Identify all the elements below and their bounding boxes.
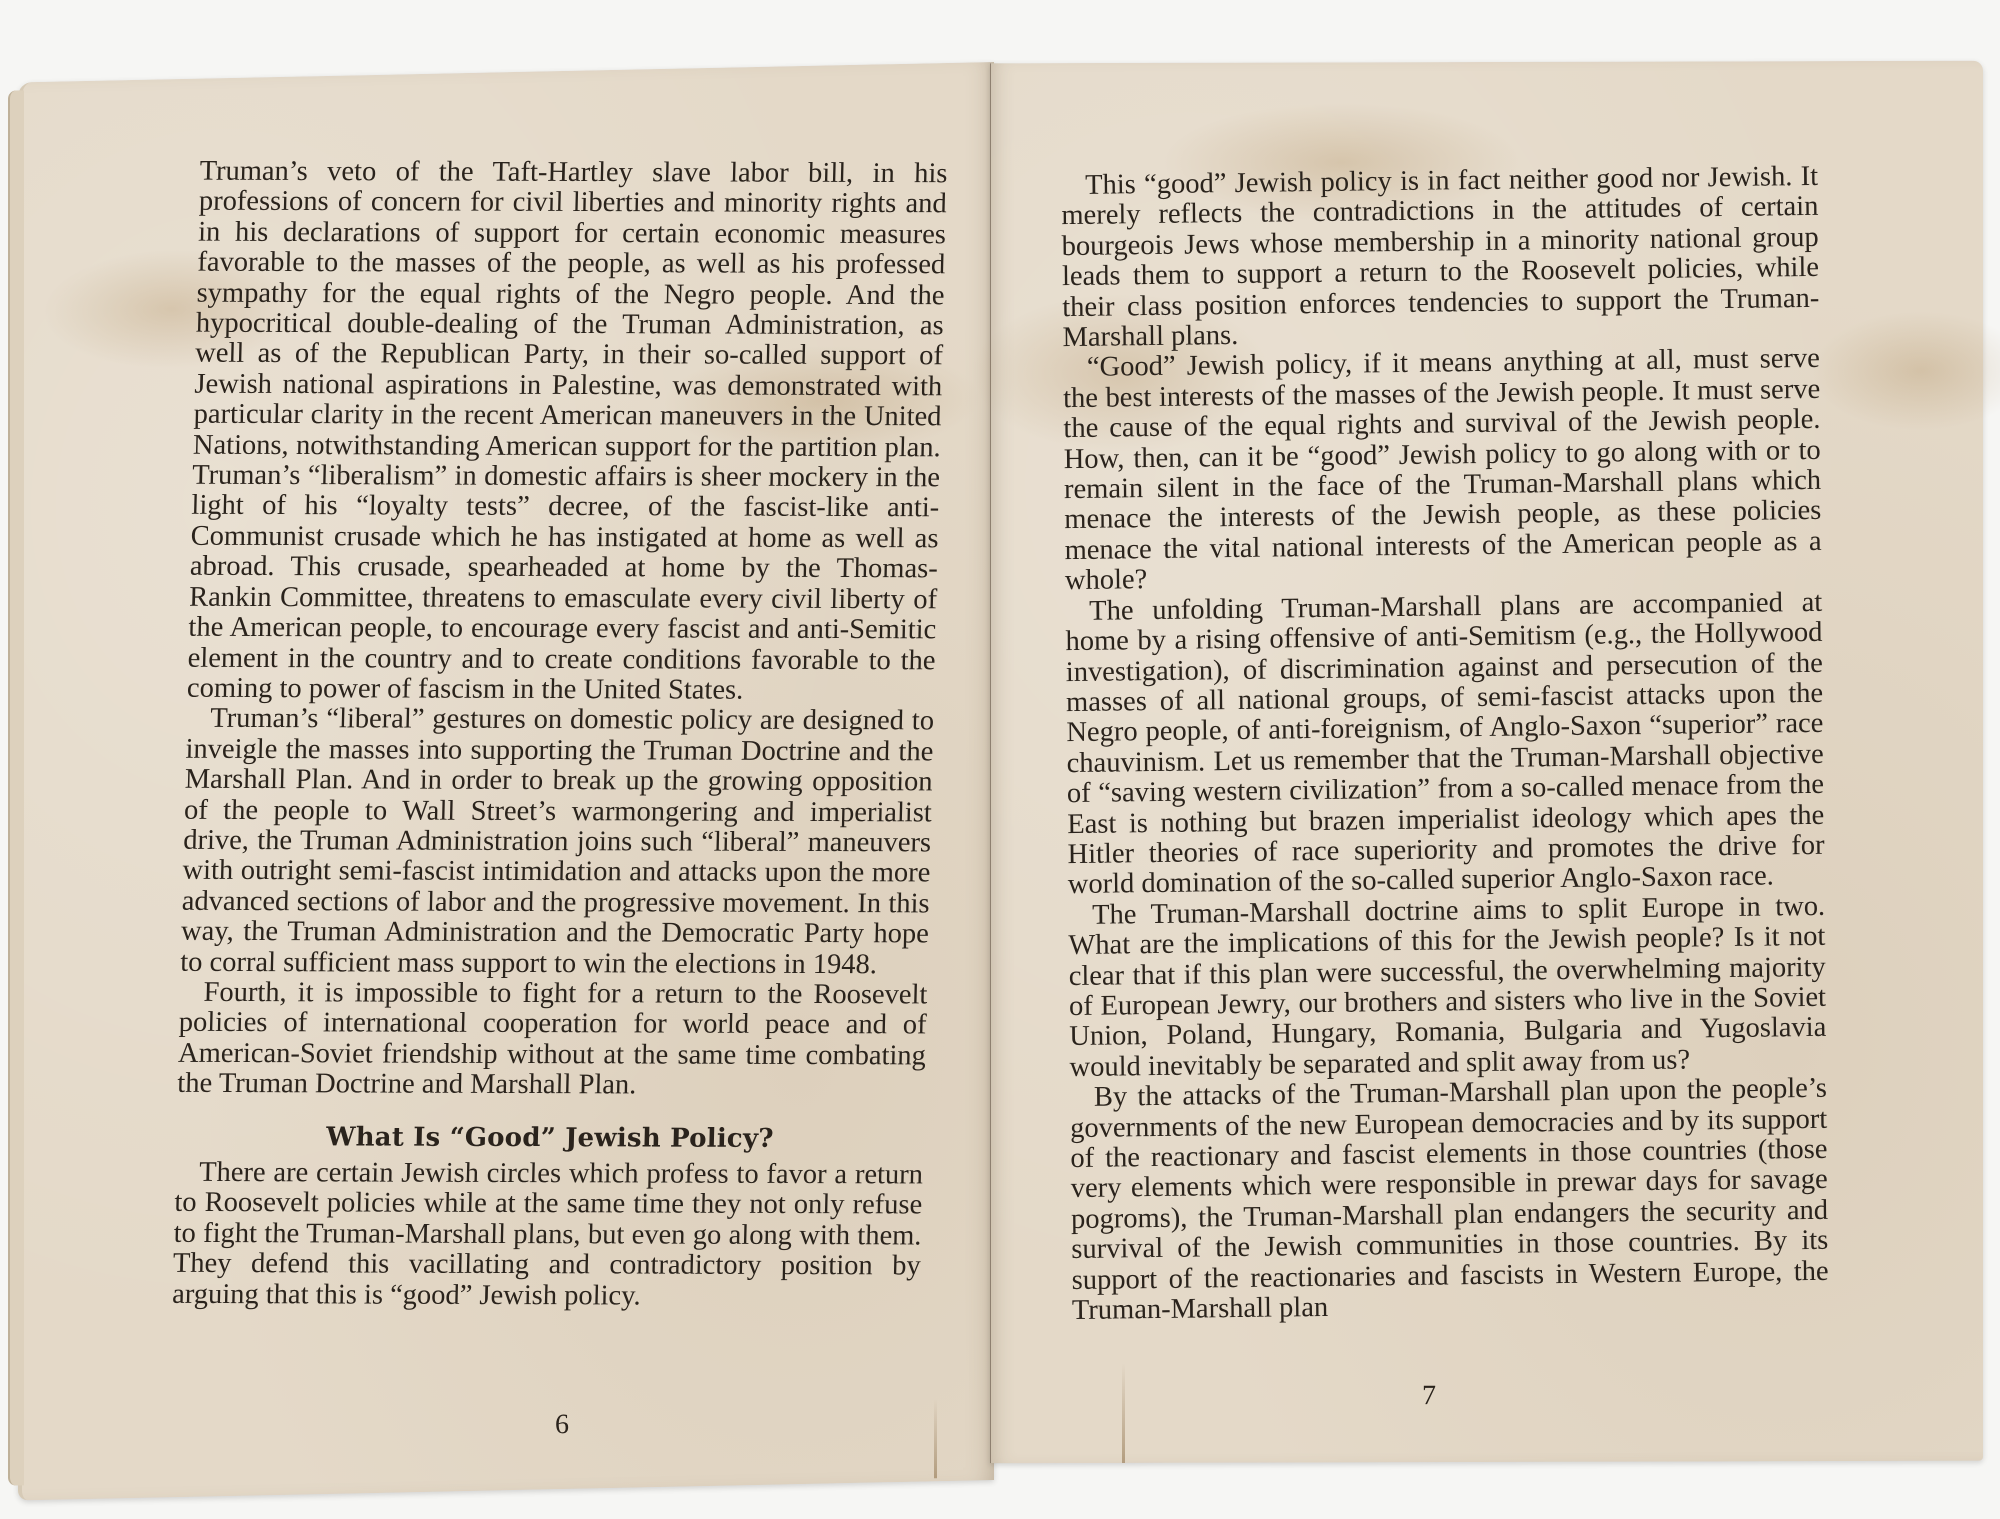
- water-stain: [1811, 311, 2000, 432]
- left-page-text: Truman’s veto of the Taft-Hartley slave …: [172, 157, 948, 1313]
- paragraph: The Truman-Marshall doctrine aims to spl…: [1068, 892, 1827, 1084]
- paragraph: This “good” Jewish policy is in fact nei…: [1061, 162, 1820, 354]
- page-edge-stack: [8, 90, 24, 1485]
- page-tear: [1122, 1363, 1125, 1463]
- left-page: Truman’s veto of the Taft-Hartley slave …: [18, 62, 994, 1500]
- paragraph: There are certain Jewish circles which p…: [172, 1158, 923, 1313]
- section-heading: What Is “Good” Jewish Policy?: [176, 1121, 925, 1154]
- right-page: This “good” Jewish policy is in fact nei…: [990, 61, 1983, 1464]
- page-number: 6: [542, 1409, 582, 1442]
- paragraph: “Good” Jewish policy, if it means anythi…: [1063, 344, 1822, 596]
- page-tear: [934, 1398, 937, 1478]
- paragraph: The unfolding Truman-Marshall plans are …: [1065, 588, 1825, 901]
- paragraph: Fourth, it is impossible to fight for a …: [177, 978, 928, 1102]
- right-page-text: This “good” Jewish policy is in fact nei…: [1061, 162, 1829, 1327]
- paragraph: Truman’s “liberal” gestures on domestic …: [180, 704, 934, 980]
- page-number: 7: [1409, 1380, 1449, 1412]
- paragraph: By the attacks of the Truman-Marshall pl…: [1070, 1074, 1829, 1326]
- paragraph: Truman’s veto of the Taft-Hartley slave …: [187, 157, 948, 707]
